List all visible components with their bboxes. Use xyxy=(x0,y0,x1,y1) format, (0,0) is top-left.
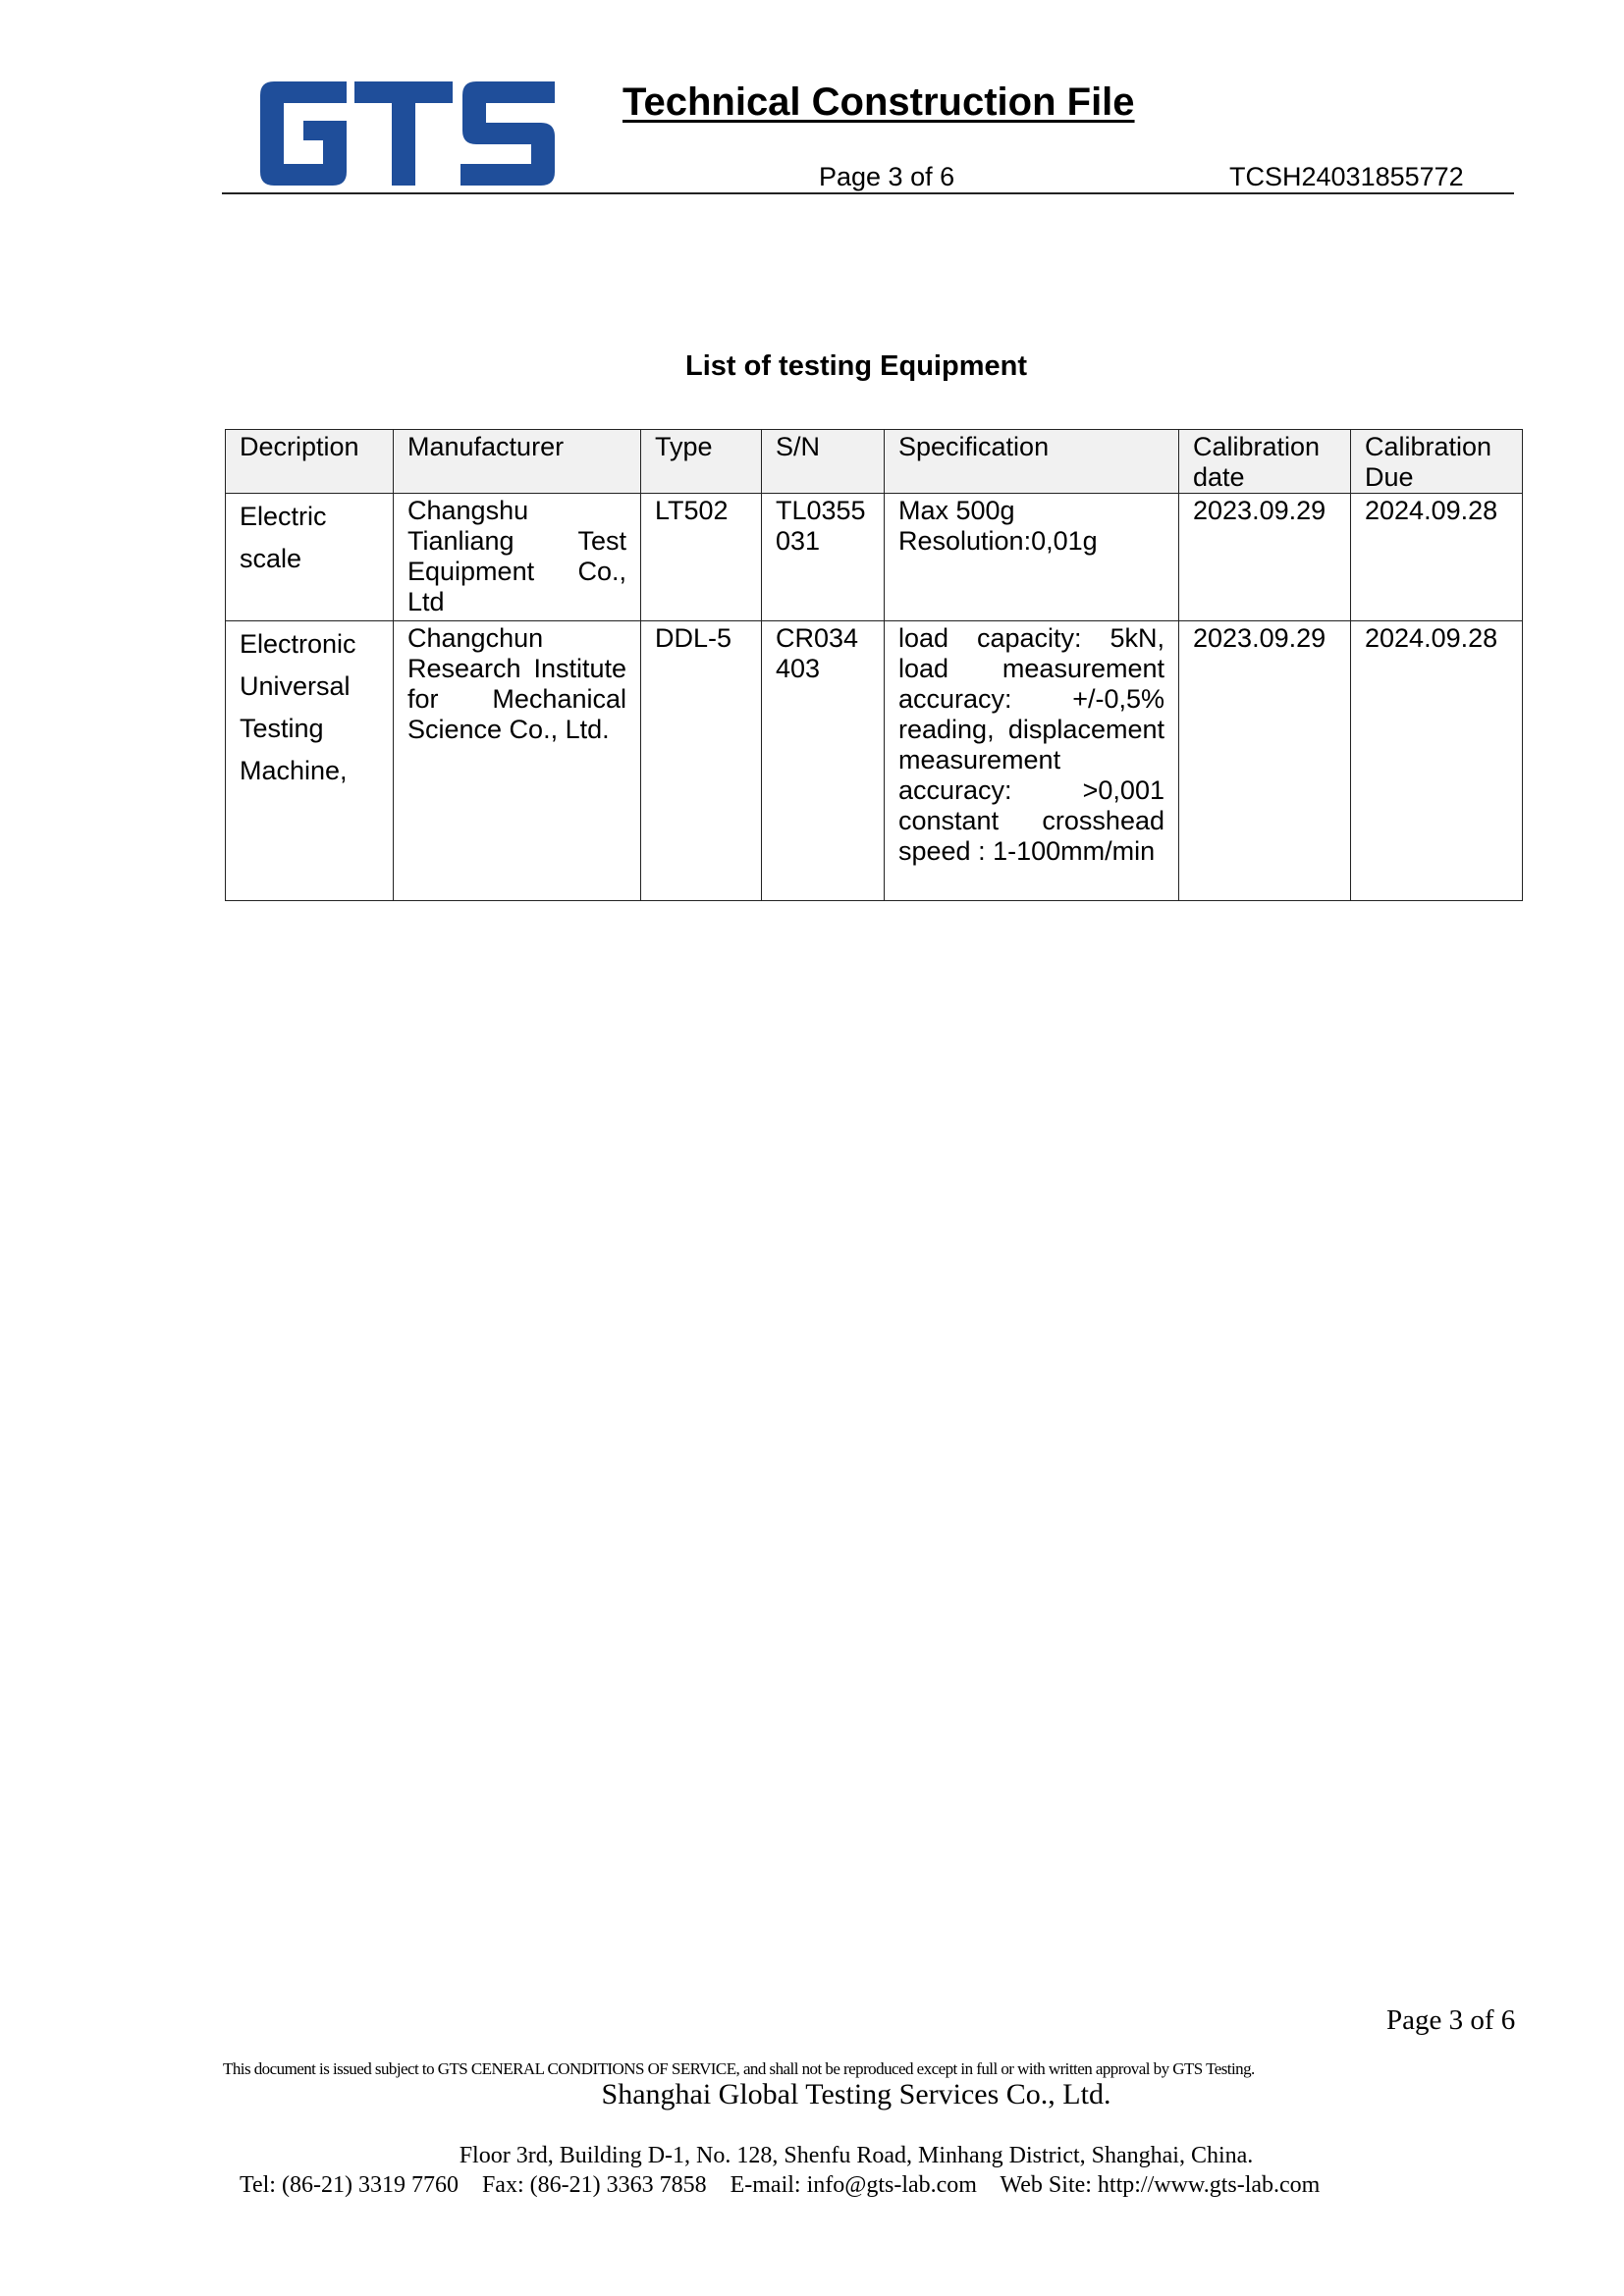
cell-specification: load capacity: 5kN, load measurement acc… xyxy=(885,621,1179,901)
cell-line: Universal xyxy=(240,666,379,708)
cell-calibration-date: 2023.09.29 xyxy=(1179,621,1351,901)
footer-address: Floor 3rd, Building D-1, No. 128, Shenfu… xyxy=(0,2142,1624,2169)
footer-page-number: Page 3 of 6 xyxy=(1386,2003,1515,2037)
column-header-manufacturer: Manufacturer xyxy=(394,430,641,494)
report-number: TCSH24031855772 xyxy=(1229,161,1464,192)
gts-logo xyxy=(260,81,555,186)
cell-line: Resolution:0,01g xyxy=(898,526,1164,557)
cell-line: TL0355 xyxy=(776,496,870,526)
column-header-sn: S/N xyxy=(762,430,885,494)
equipment-table: Decription Manufacturer Type S/N Specifi… xyxy=(225,429,1523,901)
document-title: Technical Construction File xyxy=(623,79,1135,126)
cell-line: Electronic xyxy=(240,623,379,666)
footer-notice: This document is issued subject to GTS C… xyxy=(223,2059,1411,2079)
table-row: Electronic Universal Testing Machine, Ch… xyxy=(226,621,1523,901)
column-header-calibration-due: Calibration Due xyxy=(1351,430,1523,494)
column-header-specification: Specification xyxy=(885,430,1179,494)
cell-line: Research Institute for Mechanical Scienc… xyxy=(407,654,626,745)
cell-type: LT502 xyxy=(641,494,762,621)
table-row: Electric scale Changshu Tianliang Test E… xyxy=(226,494,1523,621)
cell-line: scale xyxy=(240,538,379,580)
cell-line: 031 xyxy=(776,526,870,557)
table-header-row: Decription Manufacturer Type S/N Specifi… xyxy=(226,430,1523,494)
column-header-calibration-date: Calibration date xyxy=(1179,430,1351,494)
cell-line: Machine, xyxy=(240,750,379,792)
footer-company-name: Shanghai Global Testing Services Co., Lt… xyxy=(0,2078,1624,2111)
cell-line: Changchun xyxy=(407,623,626,654)
cell-manufacturer: Changchun Research Institute for Mechani… xyxy=(394,621,641,901)
column-header-description: Decription xyxy=(226,430,394,494)
cell-calibration-due: 2024.09.28 xyxy=(1351,494,1523,621)
cell-line: Testing xyxy=(240,708,379,750)
footer-contact: Tel: (86-21) 3319 7760 Fax: (86-21) 3363… xyxy=(240,2171,1320,2199)
header-page-number: Page 3 of 6 xyxy=(819,161,954,192)
cell-line: Max 500g xyxy=(898,496,1164,526)
cell-line: 403 xyxy=(776,654,870,684)
cell-calibration-date: 2023.09.29 xyxy=(1179,494,1351,621)
section-title: List of testing Equipment xyxy=(0,349,1624,383)
cell-description: Electric scale xyxy=(226,494,394,621)
cell-specification: Max 500g Resolution:0,01g xyxy=(885,494,1179,621)
cell-calibration-due: 2024.09.28 xyxy=(1351,621,1523,901)
cell-line: CR034 xyxy=(776,623,870,654)
header-divider xyxy=(222,192,1514,194)
cell-line: Electric xyxy=(240,496,379,538)
cell-manufacturer: Changshu Tianliang Test Equipment Co., L… xyxy=(394,494,641,621)
cell-sn: CR034 403 xyxy=(762,621,885,901)
cell-type: DDL-5 xyxy=(641,621,762,901)
column-header-type: Type xyxy=(641,430,762,494)
cell-sn: TL0355 031 xyxy=(762,494,885,621)
cell-description: Electronic Universal Testing Machine, xyxy=(226,621,394,901)
